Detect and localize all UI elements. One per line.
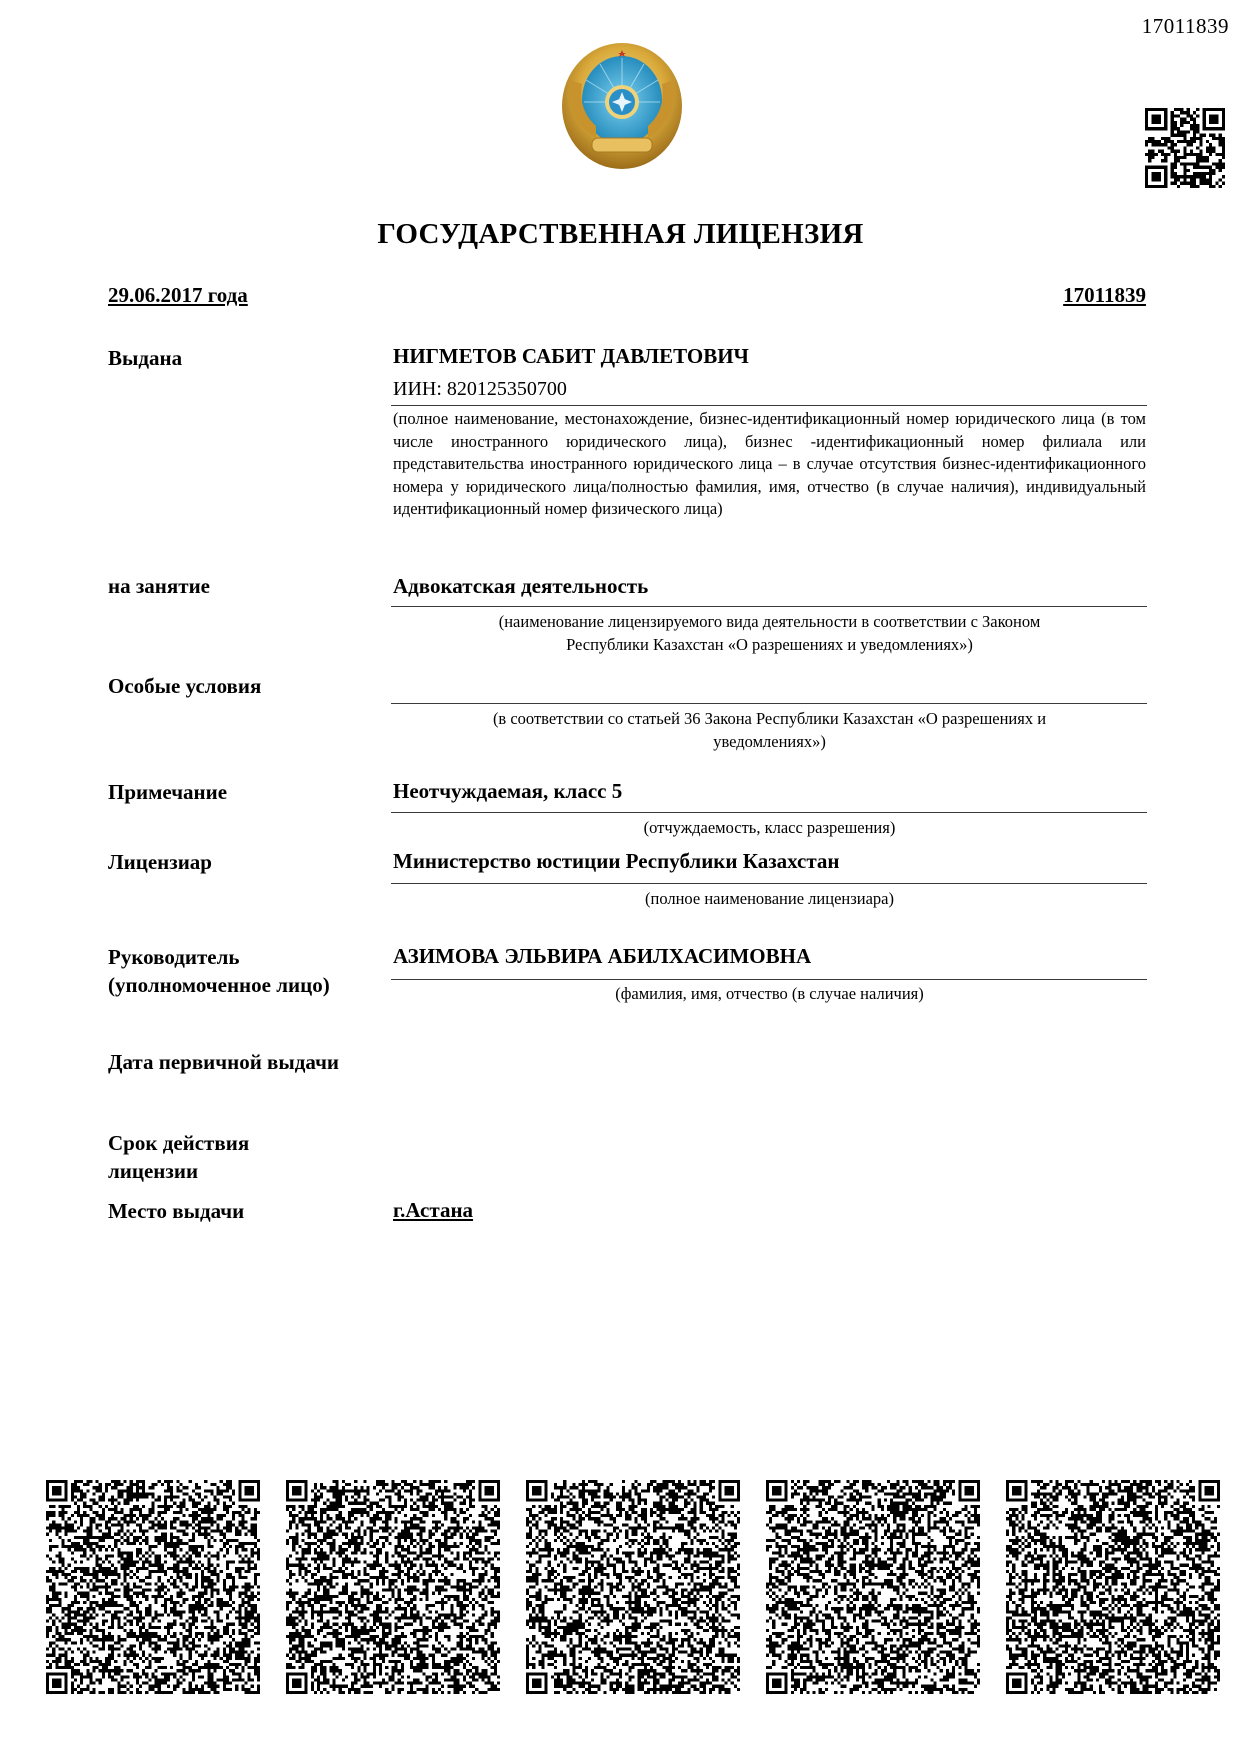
divider [391,979,1147,980]
divider [391,405,1147,406]
document-title: ГОСУДАРСТВЕННАЯ ЛИЦЕНЗИЯ [0,218,1241,251]
special-conditions-note-line2: уведомлениях») [393,731,1146,754]
issue-date: 29.06.2017 года [108,283,248,308]
divider [391,812,1147,813]
divider [391,883,1147,884]
special-conditions-note-line1: (в соответствии со статьей 36 Закона Рес… [393,708,1146,731]
licensor-value: Министерство юстиции Республики Казахста… [393,849,840,874]
activity-value: Адвокатская деятельность [393,574,648,599]
label-issued-to: Выдана [108,344,182,372]
qr-code-2 [286,1480,500,1694]
label-head-line2: (уполномоченное лицо) [108,971,330,999]
qr-code-5 [1006,1480,1220,1694]
label-activity: на занятие [108,572,210,600]
activity-note: (наименование лицензируемого вида деятел… [393,611,1146,656]
label-validity: Срок действия лицензии [108,1129,249,1185]
label-place: Место выдачи [108,1197,244,1225]
label-validity-line1: Срок действия [108,1129,249,1157]
label-remark: Примечание [108,778,227,806]
holder-name: НИГМЕТОВ САБИТ ДАВЛЕТОВИЧ [393,344,749,369]
qr-code-4 [766,1480,980,1694]
activity-note-line2: Республики Казахстан «О разрешениях и ув… [393,634,1146,657]
license-number: 17011839 [1063,283,1146,308]
qr-code-1 [46,1480,260,1694]
head-note: (фамилия, имя, отчество (в случае наличи… [393,983,1146,1006]
label-first-issue-date: Дата первичной выдачи [108,1048,339,1076]
divider [391,703,1147,704]
label-validity-line2: лицензии [108,1157,249,1185]
holder-note: (полное наименование, местонахождение, б… [393,408,1146,521]
place-value: г.Астана [393,1198,473,1223]
label-special-conditions: Особые условия [108,672,261,700]
holder-iin: ИИН: 820125350700 [393,378,567,401]
corner-document-number: 17011839 [1142,14,1229,39]
qr-code-3 [526,1480,740,1694]
remark-note: (отчуждаемость, класс разрешения) [393,817,1146,840]
state-emblem-icon [556,40,688,172]
special-conditions-note: (в соответствии со статьей 36 Закона Рес… [393,708,1146,753]
licensor-note: (полное наименование лицензиара) [393,888,1146,911]
label-licensor: Лицензиар [108,848,212,876]
remark-value: Неотчуждаемая, класс 5 [393,779,622,804]
head-value: АЗИМОВА ЭЛЬВИРА АБИЛХАСИМОВНА [393,944,811,969]
label-head-line1: Руководитель [108,943,330,971]
activity-note-line1: (наименование лицензируемого вида деятел… [393,611,1146,634]
divider [391,606,1147,607]
label-head: Руководитель (уполномоченное лицо) [108,943,330,999]
qr-code-top [1145,108,1225,188]
